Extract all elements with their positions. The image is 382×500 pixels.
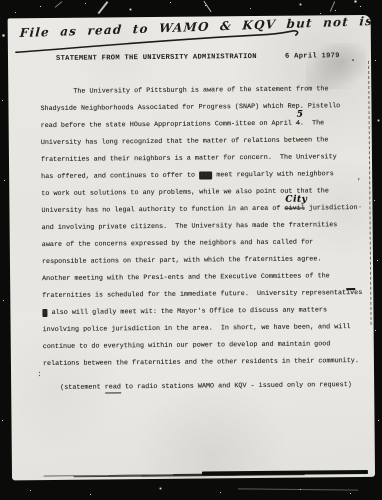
text-segment: and involving private citizens. The Univ… <box>42 221 338 232</box>
text-segment: University has long recognized that the … <box>41 136 329 147</box>
text-segment: Shadyside Neighborhoods Associated for P… <box>40 102 340 113</box>
scan-scratch <box>238 488 358 490</box>
handwritten-underline-stroke <box>12 28 308 57</box>
text-segment: aware of the concerns expressed by the n… <box>42 238 313 249</box>
text-segment: has offered, and continues to offer to <box>41 172 199 182</box>
text-segment: The University of Pittsburgh is aware of… <box>73 85 328 95</box>
stray-mark: · <box>358 203 363 212</box>
text-segment-blot: xxx <box>199 171 212 179</box>
text-segment: meet regularly with neighbors <box>212 170 334 179</box>
stray-mark: ’ <box>356 178 361 187</box>
body-line: Shadyside Neighborhoods Associated for P… <box>40 98 375 118</box>
bottom-edge-smear <box>202 470 368 476</box>
text-segment: responsible actions on their part, with … <box>42 255 322 266</box>
document-title: STATEMENT FROM THE UNIVERSITY ADMINISTRA… <box>56 53 257 63</box>
handwritten-correction: City <box>285 196 307 205</box>
text-segment: (statement <box>60 383 105 391</box>
stray-dash-mark <box>346 288 355 290</box>
body-line: and involving private citizens. The Univ… <box>42 217 375 237</box>
scan-scratch <box>55 1 63 8</box>
text-segment: fraternities and their neighbors is a ma… <box>41 153 337 164</box>
scanned-document-screenshot: { "document": { "handwritten_note": "Fil… <box>0 0 382 500</box>
stray-mark: : <box>37 370 42 379</box>
text-segment-struck: civilCity <box>284 205 304 213</box>
text-segment: relations between the fraternities and t… <box>43 357 359 368</box>
text-segment: continue to do everything within our pow… <box>43 340 331 351</box>
scan-scratch <box>98 1 108 14</box>
text-segment-struck: 45 <box>296 120 300 128</box>
scan-scratch <box>203 1 211 12</box>
stray-mark <box>352 59 354 61</box>
text-segment: also will gladly meet wit: the Mayor's O… <box>47 306 327 317</box>
text-segment: to radio stations WAMO and KQV - issued … <box>121 381 352 391</box>
document-date: 6 April 1979 <box>285 52 340 61</box>
document-page: File as read to WAMO & KQV but not issue… <box>8 15 375 480</box>
handwritten-correction: 5 <box>297 111 304 120</box>
body-text: The University of Pittsburgh is aware of… <box>40 81 375 373</box>
text-segment: Another meeting with the Presi-ents and … <box>42 272 330 283</box>
scan-scratch <box>330 1 335 11</box>
text-segment-underline: read <box>105 383 121 393</box>
text-segment: fraternities is scheduled for the immedi… <box>42 289 362 300</box>
footer-note: (statement read to radio stations WAMO a… <box>60 381 352 392</box>
text-segment: involving police jurisdiction in the are… <box>43 323 351 334</box>
scanner-noise-specks <box>0 0 1 1</box>
text-segment: University has no legal authority to fun… <box>41 205 284 215</box>
body-line: relations between the fraternities and t… <box>43 353 375 373</box>
text-segment: read before the state HOuse Appropriatio… <box>41 120 296 130</box>
text-segment: . The <box>300 119 324 127</box>
text-segment: jurisdiction <box>305 204 358 213</box>
